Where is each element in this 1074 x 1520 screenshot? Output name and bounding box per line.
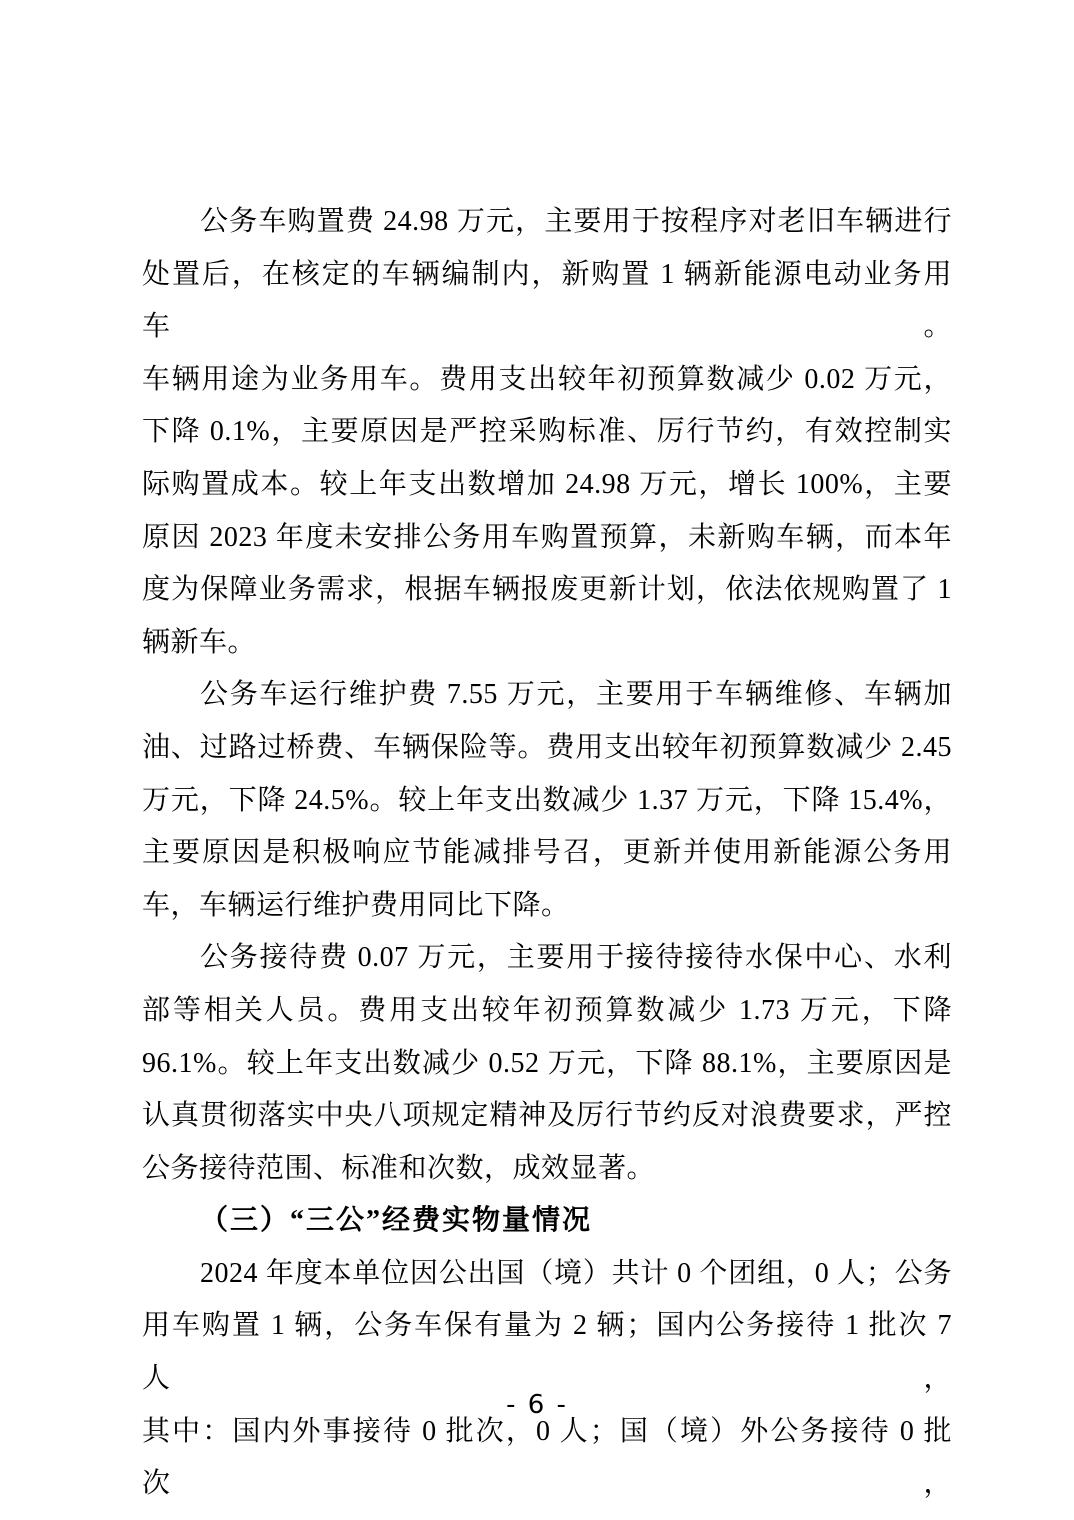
text-line: 下降 0.1%，主要原因是严控采购标准、厉行节约，有效控制实 — [142, 406, 952, 459]
text-line: 公务接待范围、标准和次数，成效显著。 — [142, 1143, 952, 1196]
paragraph: 公务车购置费 24.98 万元，主要用于按程序对老旧车辆进行处置后，在核定的车辆… — [142, 196, 952, 669]
text-line: 主要原因是积极响应节能减排号召，更新并使用新能源公务用 — [142, 827, 952, 880]
text-line: 其中：国内外事接待 0 批次，0 人；国（境）外公务接待 0 批次， — [142, 1406, 952, 1511]
text-line: 油、过路过桥费、车辆保险等。费用支出较年初预算数减少 2.45 — [142, 722, 952, 775]
text-line: 公务车运行维护费 7.55 万元，主要用于车辆维修、车辆加 — [142, 669, 952, 722]
text-line: 公务车购置费 24.98 万元，主要用于按程序对老旧车辆进行 — [142, 196, 952, 249]
text-line: 认真贯彻落实中央八项规定精神及厉行节约反对浪费要求，严控 — [142, 1090, 952, 1143]
text-line: （三）“三公”经费实物量情况 — [142, 1195, 952, 1248]
text-line: 公务接待费 0.07 万元，主要用于接待接待水保中心、水利 — [142, 932, 952, 985]
paragraph: 公务接待费 0.07 万元，主要用于接待接待水保中心、水利部等相关人员。费用支出… — [142, 932, 952, 1195]
document-page: 公务车购置费 24.98 万元，主要用于按程序对老旧车辆进行处置后，在核定的车辆… — [0, 0, 1074, 1520]
paragraph: 公务车运行维护费 7.55 万元，主要用于车辆维修、车辆加油、过路过桥费、车辆保… — [142, 669, 952, 932]
text-line: 处置后，在核定的车辆编制内，新购置 1 辆新能源电动业务用车。 — [142, 249, 952, 354]
page-number: - 6 - — [506, 1390, 568, 1420]
text-line: 2024 年度本单位因公出国（境）共计 0 个团组，0 人；公务 — [142, 1248, 952, 1301]
text-line: 原因 2023 年度未安排公务用车购置预算，未新购车辆，而本年 — [142, 512, 952, 565]
text-line: 万元，下降 24.5%。较上年支出数减少 1.37 万元，下降 15.4%， — [142, 775, 952, 828]
text-line: 度为保障业务需求，根据车辆报废更新计划，依法依规购置了 1 — [142, 564, 952, 617]
text-line: 部等相关人员。费用支出较年初预算数减少 1.73 万元，下降 — [142, 985, 952, 1038]
section-heading: （三）“三公”经费实物量情况 — [142, 1195, 952, 1248]
document-body: 公务车购置费 24.98 万元，主要用于按程序对老旧车辆进行处置后，在核定的车辆… — [142, 196, 952, 1511]
page-footer: - 6 - — [0, 1390, 1074, 1420]
paragraph: 2024 年度本单位因公出国（境）共计 0 个团组，0 人；公务用车购置 1 辆… — [142, 1248, 952, 1511]
text-line: 96.1%。较上年支出数减少 0.52 万元，下降 88.1%，主要原因是 — [142, 1038, 952, 1091]
text-line: 车辆用途为业务用车。费用支出较年初预算数减少 0.02 万元， — [142, 354, 952, 407]
text-line: 际购置成本。较上年支出数增加 24.98 万元，增长 100%，主要 — [142, 459, 952, 512]
text-line: 辆新车。 — [142, 617, 952, 670]
text-line: 车，车辆运行维护费用同比下降。 — [142, 880, 952, 933]
